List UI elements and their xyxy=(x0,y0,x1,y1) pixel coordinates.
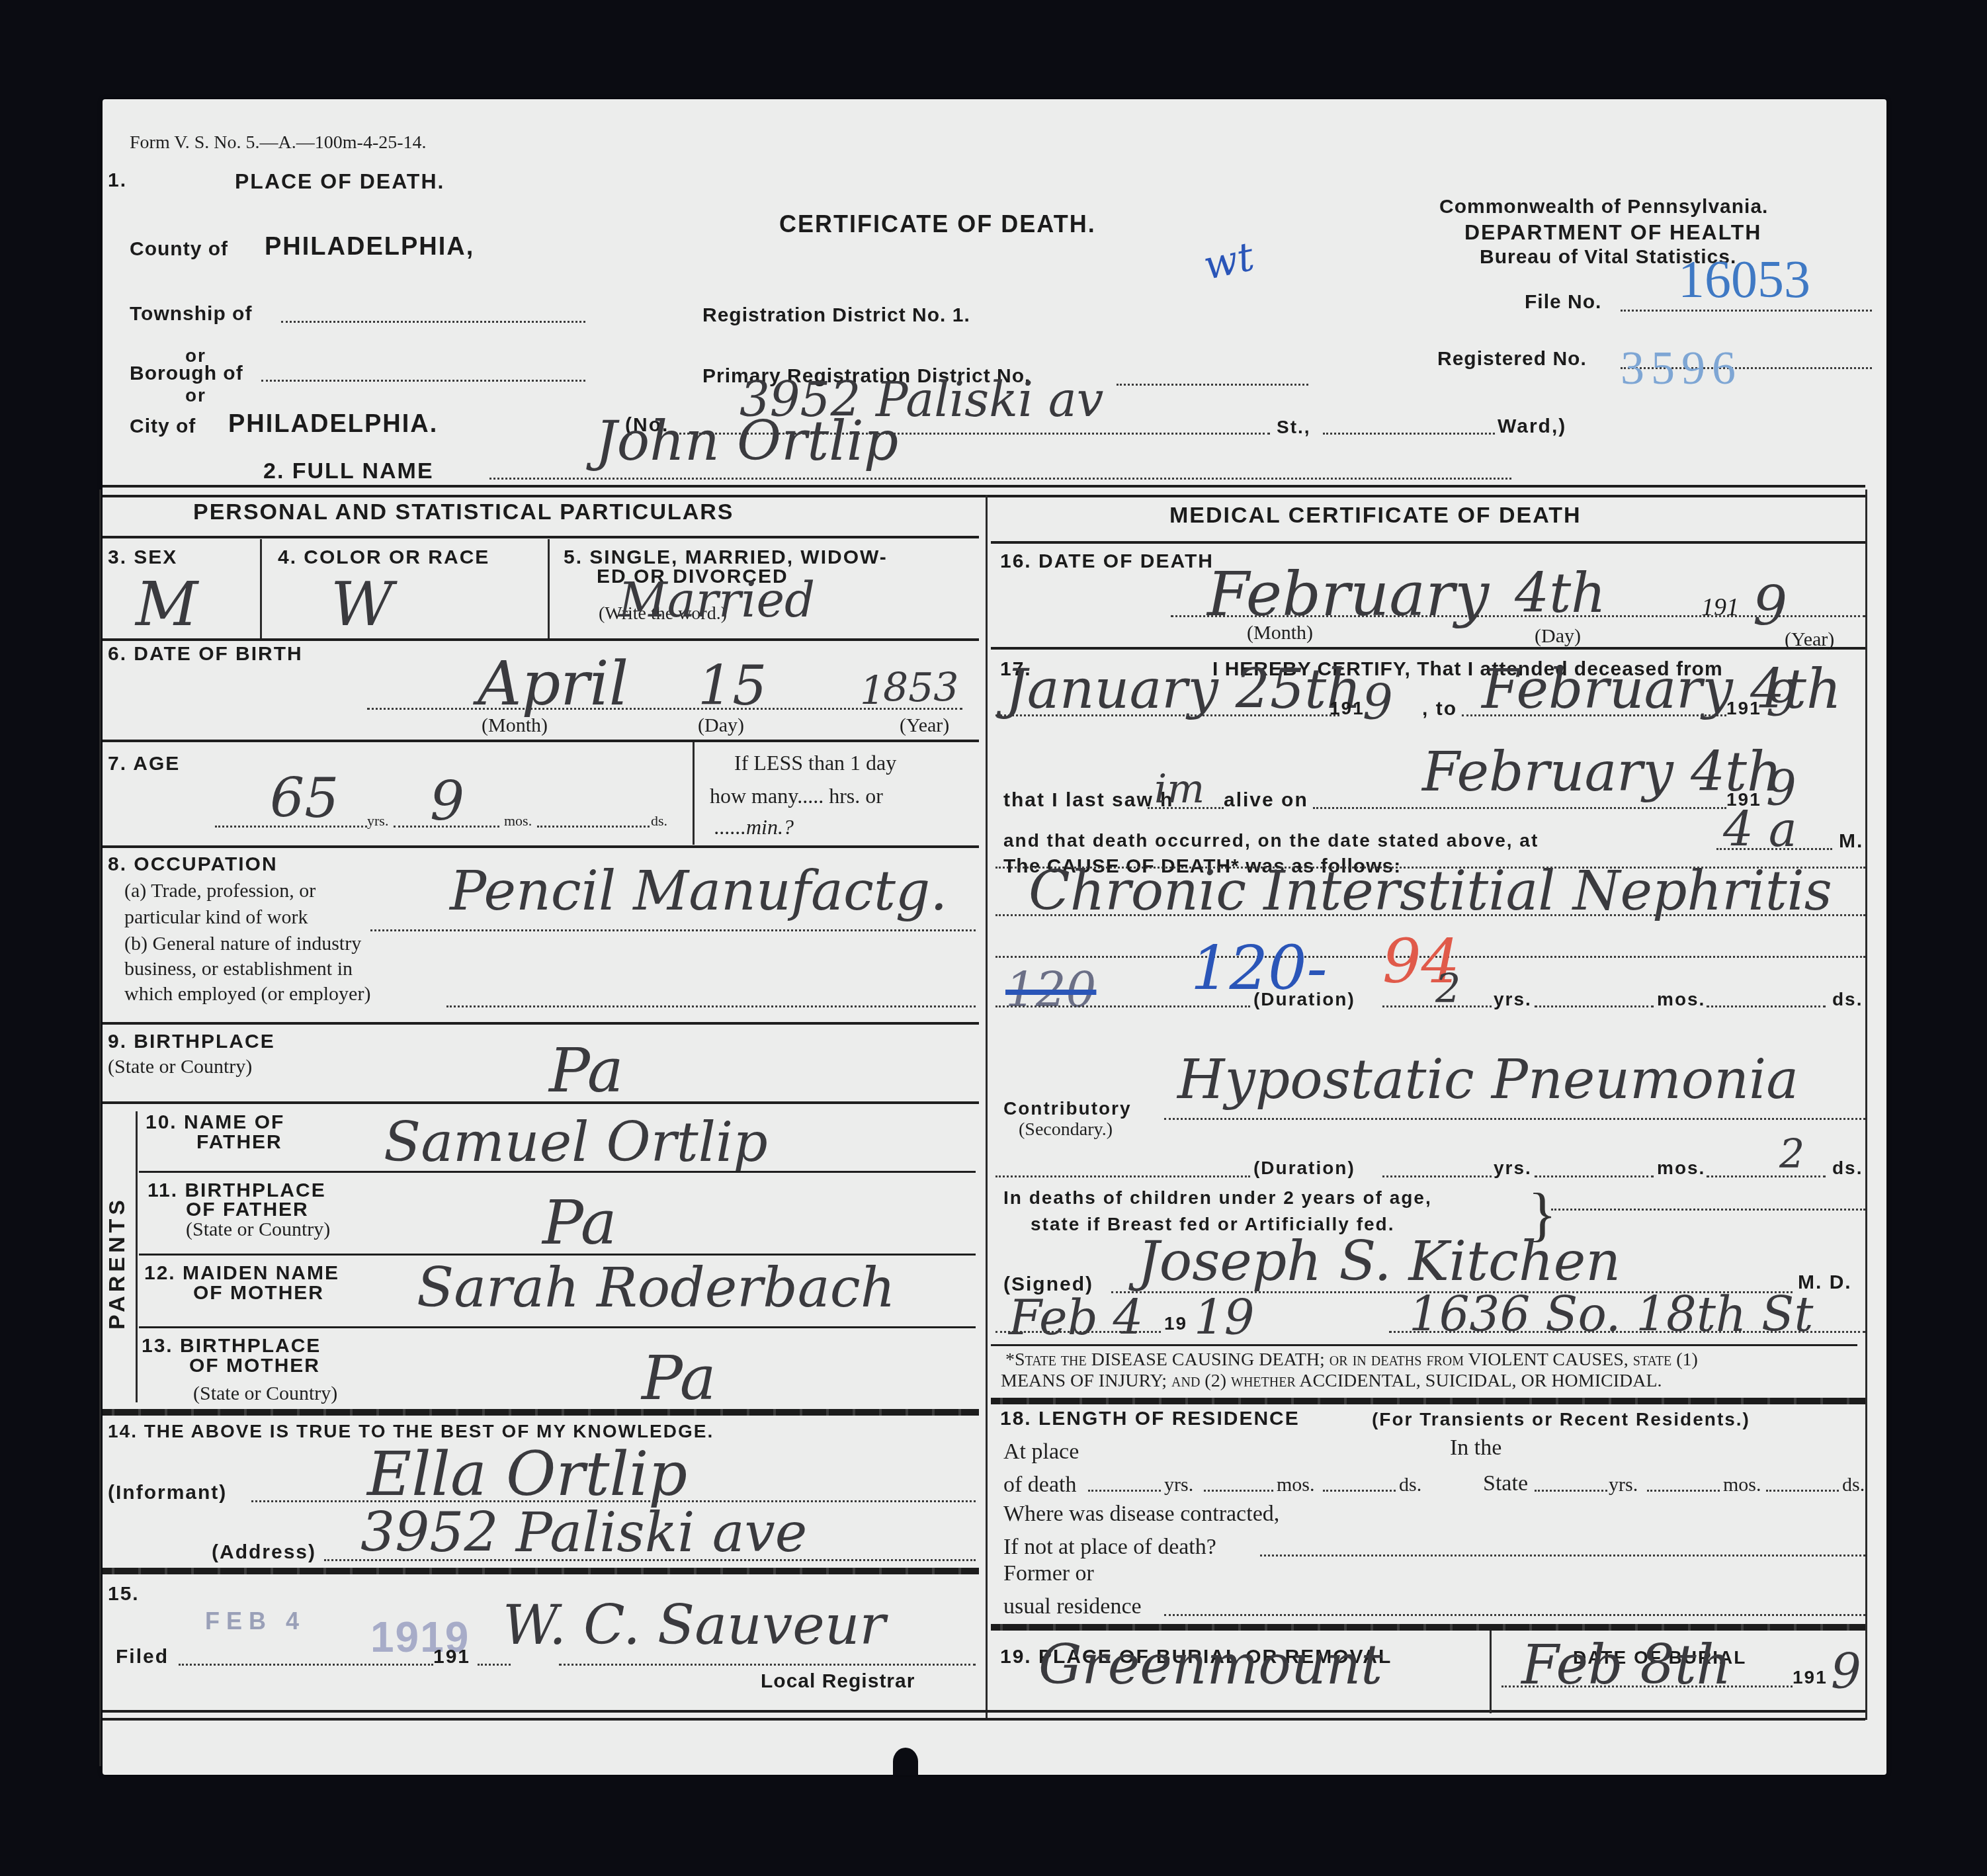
full-name-field xyxy=(489,478,1511,480)
day-caption: (Day) xyxy=(698,714,744,737)
occupation-value: Pencil Manufactg. xyxy=(450,860,947,923)
punch-hole xyxy=(893,1748,918,1775)
occupation-label: 8. OCCUPATION xyxy=(108,853,278,876)
occupation-b-3: which employed (or employer) xyxy=(124,983,370,1005)
yrs-label: yrs. xyxy=(367,812,388,830)
less-than-day-1: If LESS than 1 day xyxy=(734,751,896,775)
physician-address: 1636 So. 18th St xyxy=(1409,1287,1813,1342)
former-or: Former or xyxy=(1003,1561,1094,1586)
father-birthplace-label-2: OF FATHER xyxy=(186,1199,309,1221)
place-months-field xyxy=(1204,1490,1273,1492)
father-name-label: 10. NAME OF xyxy=(146,1111,284,1134)
contributory-label: Contributory xyxy=(1003,1098,1132,1119)
mother-name-label: 12. MAIDEN NAME xyxy=(144,1262,339,1285)
sex-value: M xyxy=(136,569,198,640)
mother-birthplace-hint: (State or Country) xyxy=(193,1383,337,1405)
burial-date-value: Feb 8th xyxy=(1521,1634,1731,1697)
commonwealth-label: Commonwealth of Pennsylvania. xyxy=(1439,196,1768,218)
contracted-field xyxy=(1260,1555,1865,1556)
m-label: M. xyxy=(1839,830,1863,853)
rule xyxy=(991,1344,1857,1346)
rule xyxy=(103,1022,979,1025)
age-years: 65 xyxy=(270,767,339,830)
occupation-b-1: (b) General nature of industry xyxy=(124,933,361,955)
where-contracted: Where was disease contracted, xyxy=(1003,1502,1279,1527)
usual-residence-field xyxy=(1164,1614,1865,1616)
death-time-label: and that death occurred, on the date sta… xyxy=(1003,830,1539,851)
township-field xyxy=(281,321,585,323)
rule xyxy=(991,541,1865,544)
dob-day: 15 xyxy=(698,655,767,718)
usual-residence: usual residence xyxy=(1003,1594,1142,1619)
of-death: of death xyxy=(1003,1472,1076,1498)
mos-label: mos. xyxy=(1657,989,1705,1010)
place-days-field xyxy=(1323,1490,1396,1492)
primary-registration-field xyxy=(1117,384,1308,386)
divider xyxy=(1490,1631,1492,1713)
alive-on-label: alive on xyxy=(1224,789,1308,812)
mother-birthplace-label-2: OF MOTHER xyxy=(189,1355,320,1377)
dob-year-prefix: 1 xyxy=(860,668,885,714)
occupation-b-2: business, or establishment in xyxy=(124,958,353,980)
duration-years-field-2 xyxy=(1382,1175,1492,1177)
less-than-day-3: ......min.? xyxy=(714,815,794,839)
filed-year-field xyxy=(478,1664,511,1666)
divider xyxy=(548,539,550,638)
registered-no-value: 3596 xyxy=(1621,341,1742,396)
rule xyxy=(139,1171,976,1173)
death-year-prefix: 191 xyxy=(1701,593,1739,622)
to-191: 191 xyxy=(1726,698,1761,719)
file-no-value: 16053 xyxy=(1678,250,1810,310)
last-saw-date-field xyxy=(1313,807,1726,809)
personal-heading: PERSONAL AND STATISTICAL PARTICULARS xyxy=(193,499,734,525)
state-mos: mos. xyxy=(1723,1474,1761,1496)
dob-year: 853 xyxy=(883,665,959,711)
physician-signature: Joseph S. Kitchen xyxy=(1138,1230,1621,1293)
contributory-field xyxy=(1164,1118,1865,1120)
duration-label-2: (Duration) xyxy=(1253,1158,1355,1179)
occupation-a-2: particular kind of work xyxy=(124,906,308,929)
ds-label: ds. xyxy=(651,812,667,830)
duration-months-field-2 xyxy=(1535,1175,1654,1177)
in-the: In the xyxy=(1450,1435,1501,1461)
year-caption: (Year) xyxy=(900,714,949,737)
right-border xyxy=(1865,490,1867,1720)
county-value: PHILADELPHIA, xyxy=(265,233,474,261)
ds-label: ds. xyxy=(1832,989,1863,1010)
rule xyxy=(103,638,979,641)
county-label: County of xyxy=(130,238,228,261)
footnote-2: MEANS OF INJURY; and (2) whether ACCIDEN… xyxy=(1001,1371,1662,1392)
duration-label: (Duration) xyxy=(1253,989,1355,1010)
signed-date-field xyxy=(995,1331,1161,1333)
certificate-title: CERTIFICATE OF DEATH. xyxy=(779,210,1096,238)
informant-value: Ella Ortlip xyxy=(367,1439,687,1510)
duration-months-field xyxy=(1535,1005,1654,1007)
registrar-field xyxy=(559,1664,976,1666)
death-month: February xyxy=(1207,559,1489,630)
item-number-15: 15. xyxy=(108,1583,140,1605)
less-than-day-2: how many..... hrs. or xyxy=(710,784,883,808)
city-value: PHILADELPHIA. xyxy=(228,410,438,439)
state-days-field xyxy=(1766,1490,1839,1492)
filed-field xyxy=(179,1664,433,1666)
item-number-1: 1. xyxy=(108,169,127,192)
full-name-value: John Ortlip xyxy=(595,410,898,473)
bottom-rule-bottom xyxy=(103,1718,1865,1721)
if-not-place: If not at place of death? xyxy=(1003,1535,1216,1560)
township-label: Township of xyxy=(130,303,252,325)
place-of-death-heading: PLACE OF DEATH. xyxy=(235,169,444,194)
place-mos: mos. xyxy=(1277,1474,1315,1496)
full-name-label: 2. FULL NAME xyxy=(263,458,434,484)
rule xyxy=(103,845,979,848)
birthplace-hint: (State or Country) xyxy=(108,1056,252,1078)
filed-191: 191 xyxy=(433,1646,470,1668)
father-name-value: Samuel Ortlip xyxy=(384,1111,768,1174)
place-years-field xyxy=(1088,1490,1161,1492)
rule xyxy=(103,1101,979,1104)
rule xyxy=(103,536,979,538)
city-label: City of xyxy=(130,415,196,438)
children-text-1: In deaths of children under 2 years of a… xyxy=(1003,1187,1432,1209)
state-months-field xyxy=(1647,1490,1720,1492)
rule xyxy=(103,740,979,742)
signed-year: 19 xyxy=(1194,1290,1255,1345)
death-day: 4th xyxy=(1515,562,1606,625)
residence-note: (For Transients or Recent Residents.) xyxy=(1372,1409,1750,1430)
heavy-rule xyxy=(991,1398,1865,1404)
signed-date: Feb 4 xyxy=(1009,1290,1143,1345)
dob-month: April xyxy=(478,648,628,719)
birthplace-label: 9. BIRTHPLACE xyxy=(108,1031,275,1053)
race-value: W xyxy=(331,569,394,640)
residence-label: 18. LENGTH OF RESIDENCE xyxy=(1000,1408,1300,1430)
occupation-a-field xyxy=(370,929,976,931)
state-ds: ds. xyxy=(1842,1474,1865,1496)
to-year: 9 xyxy=(1766,671,1797,727)
burial-191: 191 xyxy=(1793,1667,1828,1688)
duration-days-field xyxy=(1707,1005,1826,1007)
header-rule-bottom xyxy=(103,495,1865,497)
feeding-field xyxy=(1551,1209,1865,1211)
borough-label: Borough of xyxy=(130,362,243,385)
mos-label-2: mos. xyxy=(1657,1158,1705,1179)
registration-district: Registration District No. 1. xyxy=(702,304,970,327)
ward-field xyxy=(1323,433,1495,435)
form-id: Form V. S. No. 5.—A.—100m-4-25-14. xyxy=(130,132,427,153)
informant-address-label: (Address) xyxy=(212,1541,316,1564)
or-text: or xyxy=(185,385,206,406)
month-caption: (Month) xyxy=(482,714,548,737)
at-place: At place xyxy=(1003,1439,1079,1465)
ds-label-2: ds. xyxy=(1832,1158,1863,1179)
burial-value: Greenmount xyxy=(1038,1634,1382,1697)
filed-stamp-month: FEB 4 xyxy=(205,1607,306,1635)
to-label: , to xyxy=(1422,698,1457,720)
state: State xyxy=(1483,1471,1528,1496)
cause-code-struck: 120 xyxy=(1005,962,1096,1018)
burial-year: 9 xyxy=(1831,1644,1861,1699)
heavy-rule xyxy=(991,1624,1865,1631)
informant-label: (Informant) xyxy=(108,1482,227,1504)
age-months: 9 xyxy=(430,771,464,833)
header-rule-top xyxy=(103,485,1865,488)
death-year: 9 xyxy=(1753,576,1787,638)
father-name-label-2: FATHER xyxy=(196,1131,282,1154)
mos-label: mos. xyxy=(504,812,532,830)
duration-years: 2 xyxy=(1435,966,1460,1012)
marital-value: Married xyxy=(618,572,815,628)
bottom-rule-top xyxy=(103,1710,1865,1713)
rule xyxy=(139,1326,976,1328)
file-no-label: File No. xyxy=(1525,291,1601,314)
mother-name-label-2: OF MOTHER xyxy=(193,1282,324,1304)
death-time-value: 4 a xyxy=(1723,802,1797,857)
date-of-death-label: 16. DATE OF DEATH xyxy=(1000,550,1214,573)
department-label: DEPARTMENT OF HEALTH xyxy=(1464,220,1761,245)
duration-days-field-2 xyxy=(1707,1175,1826,1177)
sex-label: 3. SEX xyxy=(108,546,177,569)
last-saw-pronoun: im xyxy=(1154,766,1205,812)
street-suffix: St., xyxy=(1277,417,1311,438)
state-years-field xyxy=(1535,1490,1607,1492)
informant-address-value: 3952 Paliski ave xyxy=(360,1502,807,1564)
rule xyxy=(139,1254,976,1256)
yrs-label-2: yrs. xyxy=(1494,1158,1532,1179)
state-yrs: yrs. xyxy=(1609,1474,1638,1496)
race-label: 4. COLOR OR RACE xyxy=(278,546,489,569)
age-days-field xyxy=(537,826,650,828)
heavy-rule xyxy=(103,1409,979,1416)
from-191: 191 xyxy=(1330,698,1365,719)
from-year: 9 xyxy=(1363,675,1393,730)
secondary-label: (Secondary.) xyxy=(1019,1119,1113,1140)
registrar-signature: W. C. Sauveur xyxy=(503,1594,886,1657)
divider xyxy=(260,539,262,638)
divider xyxy=(693,742,695,845)
mother-name-value: Sarah Roderbach xyxy=(417,1257,895,1320)
signed-191: 19 xyxy=(1164,1313,1187,1334)
medical-heading: MEDICAL CERTIFICATE OF DEATH xyxy=(1169,503,1582,529)
mother-birthplace-value: Pa xyxy=(642,1343,716,1414)
mother-birthplace-label: 13. BIRTHPLACE xyxy=(142,1335,321,1357)
duration-field xyxy=(995,1005,1250,1007)
footnote-1: *State the DISEASE CAUSING DEATH; or in … xyxy=(1005,1349,1698,1371)
age-label: 7. AGE xyxy=(108,753,180,775)
registered-no-label: Registered No. xyxy=(1437,348,1587,370)
heavy-rule xyxy=(103,1568,979,1574)
place-yrs: yrs. xyxy=(1164,1474,1193,1496)
local-registrar-label: Local Registrar xyxy=(761,1670,915,1693)
month-caption: (Month) xyxy=(1247,622,1313,644)
occupation-a-1: (a) Trade, profession, or xyxy=(124,880,316,902)
father-birthplace-hint: (State or Country) xyxy=(186,1218,330,1241)
filed-label: Filed xyxy=(116,1646,169,1668)
parents-bracket xyxy=(136,1111,138,1402)
attended-from: January 25th xyxy=(1005,658,1361,721)
borough-field xyxy=(261,380,585,382)
left-border xyxy=(99,490,101,1766)
occupation-b-field xyxy=(446,1005,976,1007)
dob-label: 6. DATE OF BIRTH xyxy=(108,643,303,665)
duration-field-2 xyxy=(995,1175,1250,1177)
birthplace-value: Pa xyxy=(549,1035,624,1106)
column-divider xyxy=(986,495,988,1719)
day-caption: (Day) xyxy=(1535,625,1581,648)
yrs-label: yrs. xyxy=(1494,989,1532,1010)
father-birthplace-value: Pa xyxy=(542,1187,617,1258)
rule xyxy=(991,647,1865,650)
cause-primary: Chronic Interstitial Nephritis xyxy=(1029,860,1832,923)
contributory-days: 2 xyxy=(1779,1131,1804,1177)
parents-label: PARENTS xyxy=(105,1196,130,1330)
cause-contributory: Hypostatic Pneumonia xyxy=(1177,1048,1798,1111)
ward-label: Ward,) xyxy=(1498,415,1566,438)
place-ds: ds. xyxy=(1399,1474,1421,1496)
